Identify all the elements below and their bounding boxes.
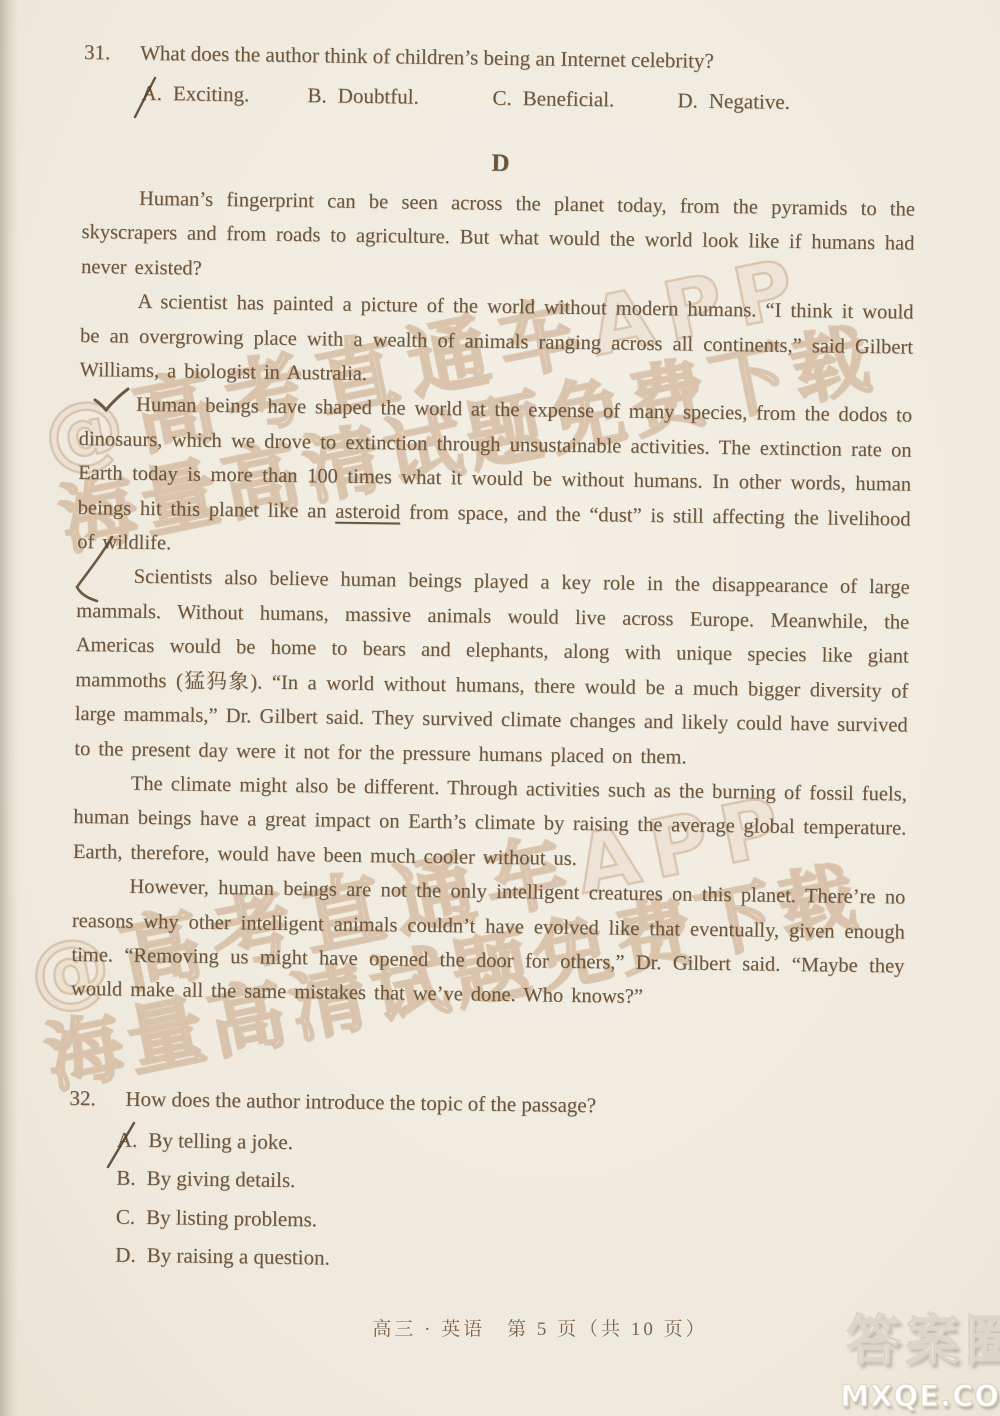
option-c: C.Beneficial. — [492, 86, 677, 114]
question-text: What does the author think of children’s… — [140, 41, 714, 73]
question-31: 31.What does the author think of childre… — [83, 40, 926, 117]
passage-paragraph-4: Scientists also believe human beings pla… — [74, 559, 910, 777]
option-text: By listing problems. — [146, 1205, 317, 1231]
question-text: How does the author introduce the topic … — [125, 1087, 596, 1118]
option-text: By giving details. — [146, 1166, 295, 1192]
passage-paragraph-3: Human beings have shaped the world at th… — [77, 387, 912, 571]
option-text: By raising a question. — [147, 1243, 330, 1270]
passage: Human’s fingerprint can be seen across t… — [71, 181, 915, 1018]
option-d: D.Negative. — [677, 88, 925, 116]
footer-page-info: 高三 · 英语 第 5 页（共 10 页） — [40, 1314, 1000, 1341]
option-text: Beneficial. — [523, 86, 615, 111]
option-a: A.Exciting. — [141, 81, 307, 108]
option-text: Doubtful. — [338, 84, 419, 109]
underlined-word-asteroid: asteroid — [335, 500, 400, 523]
option-text: Negative. — [709, 89, 790, 114]
passage-paragraph-1: Human’s fingerprint can be seen across t… — [81, 181, 915, 296]
question-32-options: A.By telling a joke. B.By giving details… — [115, 1128, 911, 1293]
option-label: C. — [116, 1204, 136, 1228]
question-31-options: A.Exciting. B.Doubtful. C.Beneficial. D.… — [141, 81, 925, 117]
question-number: 31. — [84, 40, 140, 66]
main-content: 31.What does the author think of childre… — [0, 0, 1000, 1393]
section-heading-d: D — [0, 143, 1000, 185]
option-label: D. — [115, 1243, 136, 1267]
option-label: A. — [141, 81, 162, 105]
option-label: A. — [117, 1128, 138, 1152]
question-31-line: 31.What does the author think of childre… — [84, 40, 926, 77]
passage-paragraph-2: A scientist has painted a picture of the… — [79, 284, 913, 399]
option-text: Exciting. — [173, 81, 250, 106]
option-label: D. — [677, 88, 698, 112]
option-b: B.Doubtful. — [307, 83, 492, 111]
passage-paragraph-5: The climate might also be different. Thr… — [73, 766, 907, 881]
question-32-line: 32.How does the author introduce the top… — [69, 1086, 911, 1123]
option-text: By telling a joke. — [148, 1128, 293, 1154]
option-label: B. — [307, 83, 327, 107]
question-32: 32.How does the author introduce the top… — [67, 1086, 912, 1292]
option-label: C. — [492, 86, 512, 110]
exam-page: @高考直通车APP 海量高清试题免费下载 @高考直通车APP 海量高清试题免费下… — [0, 0, 1000, 1416]
question-number: 32. — [69, 1086, 125, 1112]
passage-paragraph-6: However, human beings are not the only i… — [71, 869, 906, 1018]
option-label: B. — [116, 1166, 136, 1190]
